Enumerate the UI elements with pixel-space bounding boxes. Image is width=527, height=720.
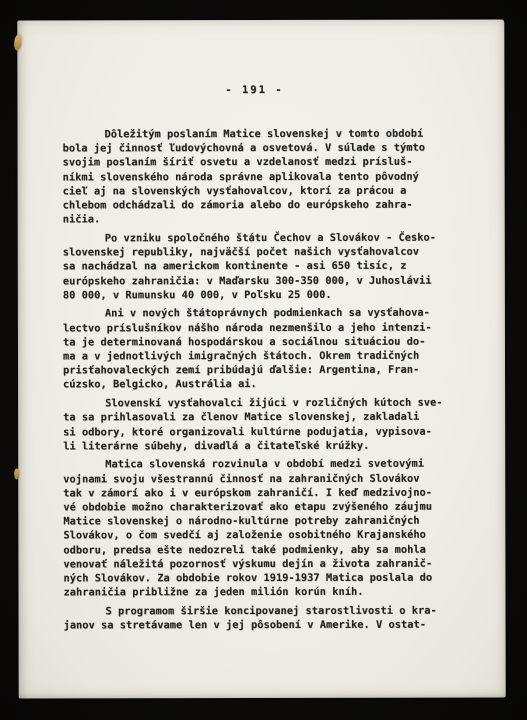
scan-background: { "document": { "page_number": "- 191 -"… bbox=[0, 0, 527, 720]
paragraph: Dôležitým poslaním Matice slovenskej v t… bbox=[63, 127, 447, 227]
document-page: - 191 - Dôležitým poslaním Matice sloven… bbox=[17, 19, 505, 698]
binding-mark-icon bbox=[14, 469, 19, 480]
page-content: - 191 - Dôležitým poslaním Matice sloven… bbox=[62, 20, 447, 699]
paragraph: Matica slovenská rozvinula v období medz… bbox=[63, 457, 447, 600]
paragraph: Po vzniku spoločného štátu Čechov a Slov… bbox=[63, 231, 447, 303]
body-text: Dôležitým poslaním Matice slovenskej v t… bbox=[63, 127, 448, 638]
binding-mark-icon bbox=[14, 34, 23, 51]
paragraph: S programom širšie koncipovanej starostl… bbox=[64, 604, 448, 633]
paragraph: Slovenskí vysťahovalci žijúci v rozličný… bbox=[63, 396, 447, 454]
paragraph: Ani v nových štátoprávnych podmienkach s… bbox=[63, 306, 447, 392]
page-number: - 191 - bbox=[62, 84, 446, 98]
